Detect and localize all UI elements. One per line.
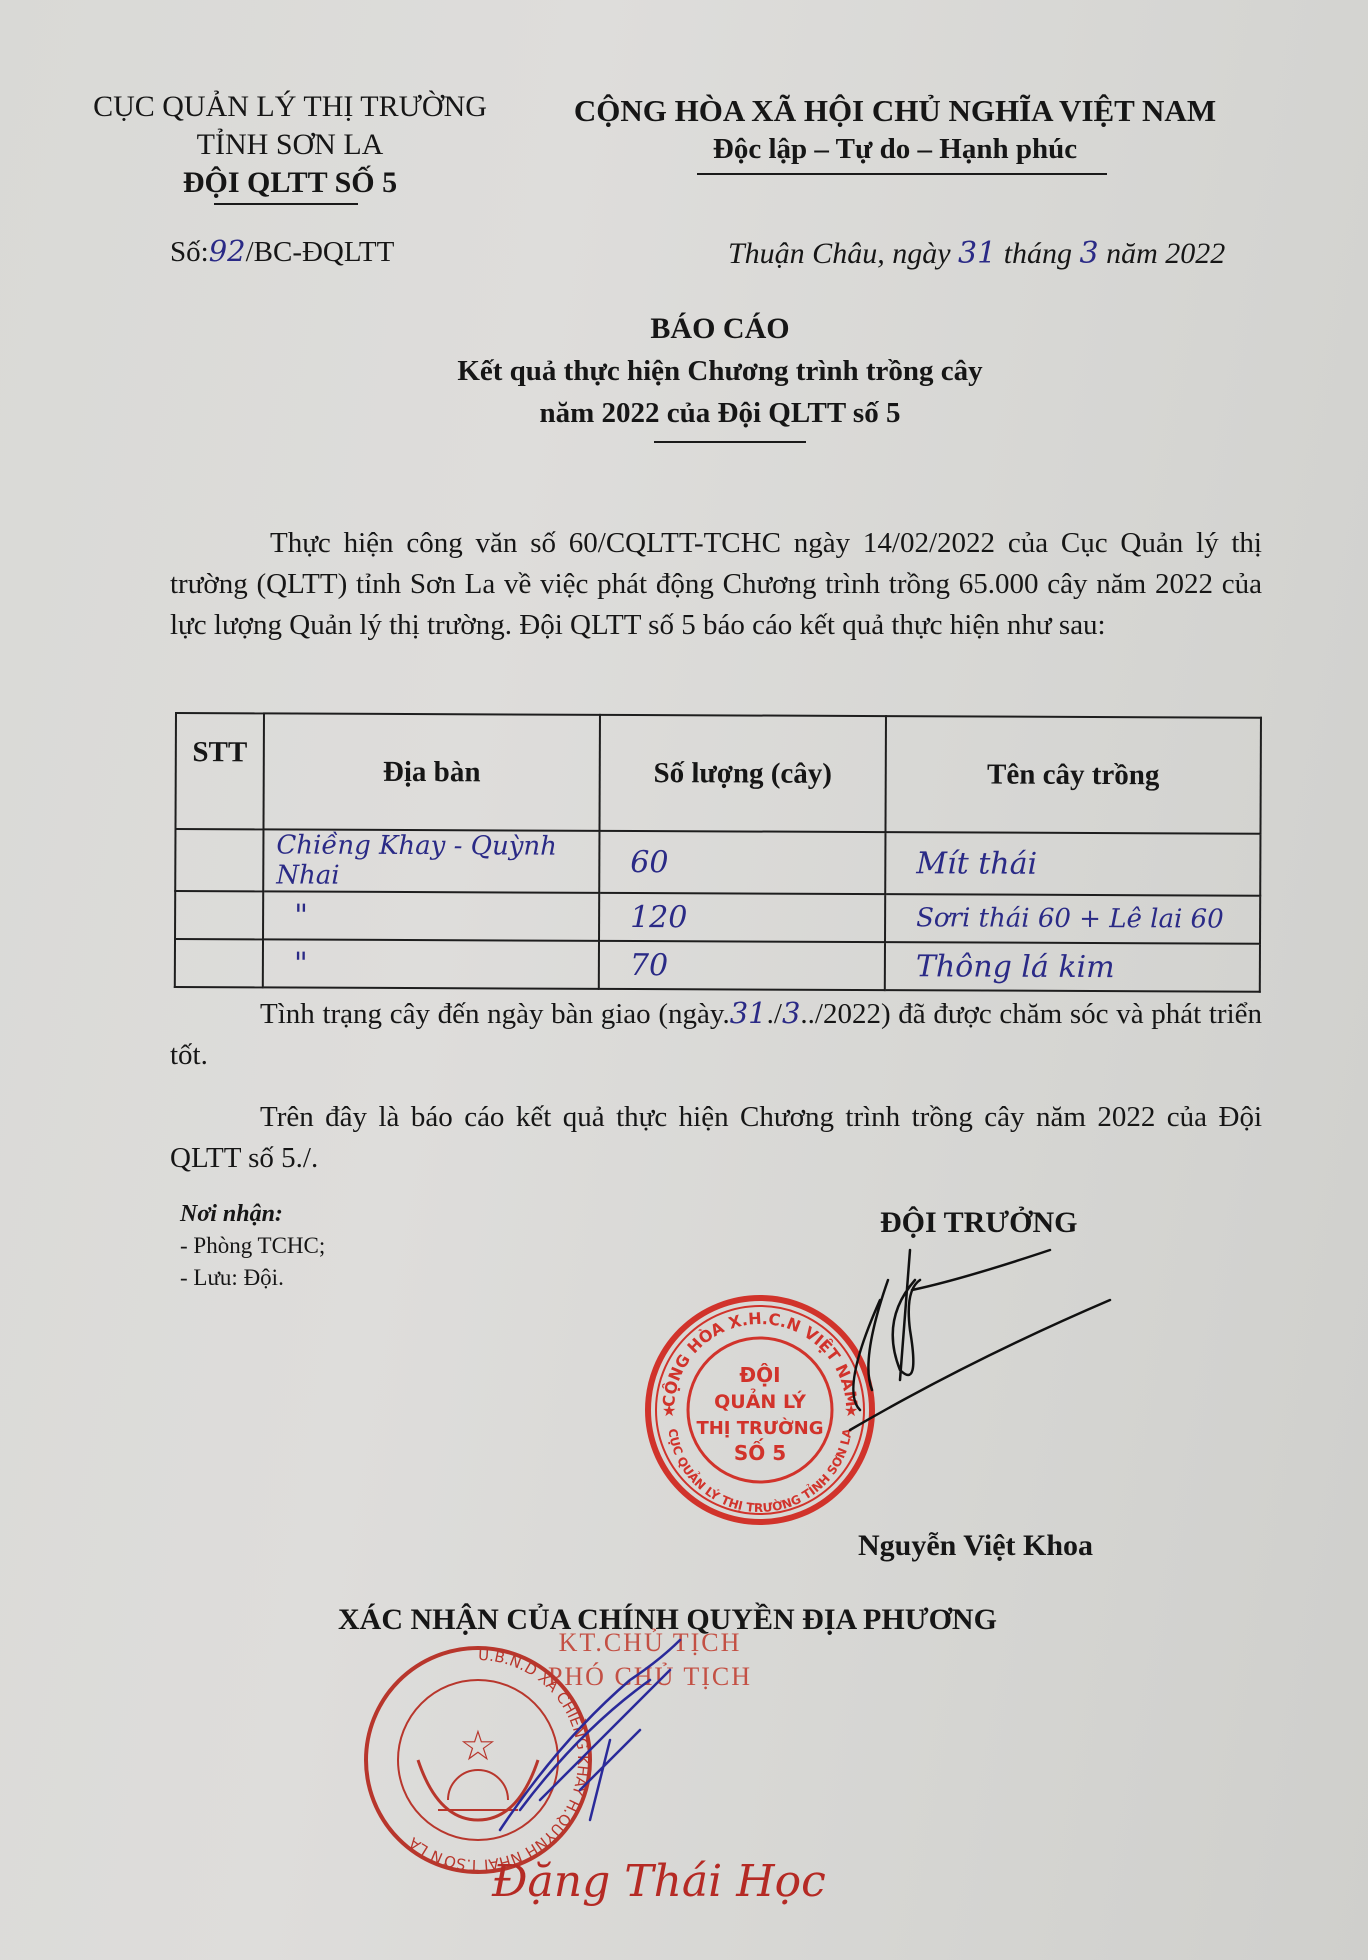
place-date: Thuận Châu, ngày 31 tháng 3 năm 2022 xyxy=(728,236,1225,271)
closing-paragraph: Trên đây là báo cáo kết quả thực hiện Ch… xyxy=(170,1097,1262,1179)
handover-day: 31 xyxy=(730,996,767,1030)
table-header-row: STT Địa bàn Số lượng (cây) Tên cây trồng xyxy=(175,713,1260,834)
col-stt: STT xyxy=(175,713,264,829)
svg-text:★: ★ xyxy=(662,1403,676,1420)
nation-title: CỘNG HÒA XÃ HỘI CHỦ NGHĨA VIỆT NAM xyxy=(545,92,1245,130)
cell-area: " xyxy=(263,939,599,988)
nation-header: CỘNG HÒA XÃ HỘI CHỦ NGHĨA VIỆT NAM Độc l… xyxy=(545,92,1245,168)
recipients-label: Nơi nhận: xyxy=(180,1198,325,1230)
commune-signature-icon xyxy=(480,1620,780,1845)
handover-month: 3 xyxy=(782,996,800,1030)
cell-tree: Mít thái xyxy=(885,832,1260,896)
handover-sep: ./ xyxy=(767,998,782,1030)
title-line-2: năm 2022 của Đội QLTT số 5 xyxy=(320,392,1120,434)
cell-area: " xyxy=(263,891,599,940)
month-handwritten: 3 xyxy=(1080,236,1099,271)
title-line-1: Kết quả thực hiện Chương trình trồng cây xyxy=(320,350,1120,392)
doc-number-handwritten: 92 xyxy=(209,234,246,268)
col-tree-name: Tên cây trồng xyxy=(885,716,1261,834)
title-underline xyxy=(654,441,806,443)
svg-text:SỐ 5: SỐ 5 xyxy=(734,1439,786,1465)
report-title: BÁO CÁO Kết quả thực hiện Chương trình t… xyxy=(320,308,1120,434)
agency-line-2: TỈNH SƠN LA xyxy=(60,126,520,164)
status-prefix: Tình trạng cây đến ngày bàn giao (ngày. xyxy=(260,998,730,1030)
cell-stt xyxy=(175,829,263,891)
table-row: " 70 Thông lá kim xyxy=(175,939,1260,992)
day-handwritten: 31 xyxy=(958,236,996,271)
col-area: Địa bàn xyxy=(263,713,600,830)
title-heading: BÁO CÁO xyxy=(320,308,1120,350)
cell-stt xyxy=(175,939,263,987)
svg-text:THỊ TRƯỜNG: THỊ TRƯỜNG xyxy=(696,1417,823,1439)
intro-paragraph: Thực hiện công văn số 60/CQLTT-TCHC ngày… xyxy=(170,523,1262,646)
motto-underline xyxy=(697,173,1107,175)
svg-text:ĐỘI: ĐỘI xyxy=(739,1363,780,1387)
cell-quantity: 120 xyxy=(599,893,885,942)
motto: Độc lập – Tự do – Hạnh phúc xyxy=(545,130,1245,168)
document-number: Số:92/BC-ĐQLTT xyxy=(170,234,394,269)
col-quantity: Số lượng (cây) xyxy=(599,715,886,832)
month-label: tháng xyxy=(996,237,1079,270)
planting-results-table: STT Địa bàn Số lượng (cây) Tên cây trồng… xyxy=(174,712,1262,993)
recipient-item: - Phòng TCHC; xyxy=(180,1230,325,1262)
cell-tree: Sơri thái 60 + Lê lai 60 xyxy=(885,894,1260,944)
recipients-block: Nơi nhận: - Phòng TCHC; - Lưu: Đội. xyxy=(180,1198,325,1294)
unit-underline xyxy=(214,203,358,205)
signer-name: Nguyễn Việt Khoa xyxy=(858,1529,1093,1563)
cell-tree: Thông lá kim xyxy=(885,942,1260,992)
doc-number-prefix: Số: xyxy=(170,236,209,268)
signature-icon xyxy=(820,1240,1120,1485)
doc-number-suffix: /BC-ĐQLTT xyxy=(246,236,395,268)
cell-area: Chiềng Khay - Quỳnh Nhai xyxy=(263,829,599,892)
status-paragraph: Tình trạng cây đến ngày bàn giao (ngày.3… xyxy=(170,993,1262,1076)
year-label: năm 2022 xyxy=(1099,237,1226,270)
svg-text:QUẢN LÝ: QUẢN LÝ xyxy=(714,1388,806,1413)
cell-quantity: 70 xyxy=(599,941,885,990)
cell-quantity: 60 xyxy=(599,831,885,894)
cell-stt xyxy=(175,891,263,939)
signer-role: ĐỘI TRƯỞNG xyxy=(880,1206,1078,1240)
table-row: " 120 Sơri thái 60 + Lê lai 60 xyxy=(175,891,1260,944)
recipient-item: - Lưu: Đội. xyxy=(180,1262,325,1294)
agency-line-1: CỤC QUẢN LÝ THỊ TRƯỜNG xyxy=(60,88,520,126)
agency-header: CỤC QUẢN LÝ THỊ TRƯỜNG TỈNH SƠN LA ĐỘI Q… xyxy=(60,88,520,202)
table-row: Chiềng Khay - Quỳnh Nhai 60 Mít thái xyxy=(175,829,1260,896)
unit-name: ĐỘI QLTT SỐ 5 xyxy=(60,164,520,202)
local-signer-name: Đặng Thái Học xyxy=(492,1856,826,1907)
place-prefix: Thuận Châu, ngày xyxy=(728,237,958,270)
